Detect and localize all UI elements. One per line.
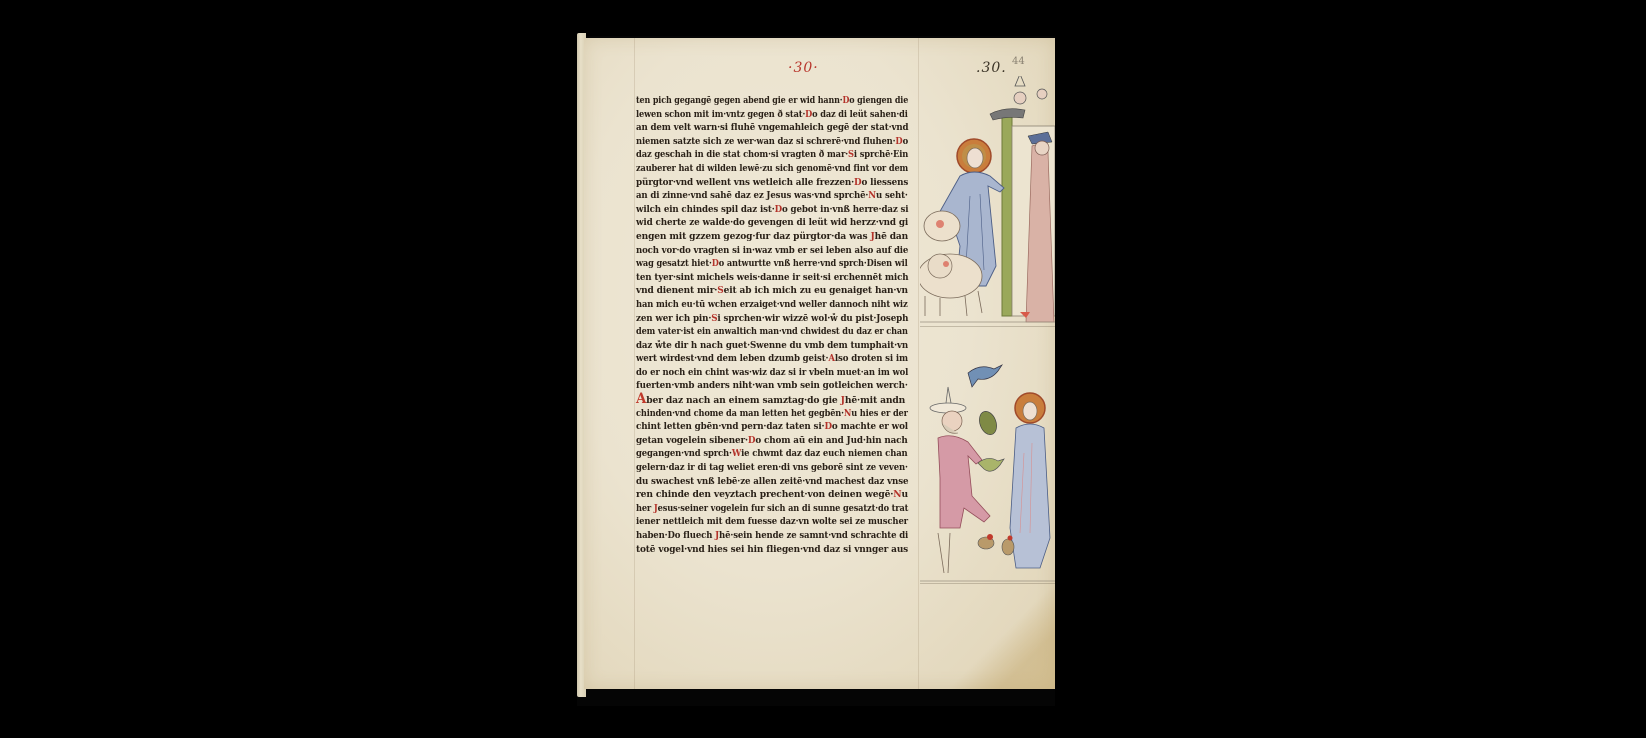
text-line: chint letten gbēn·vnd pern·daz taten si·… bbox=[636, 420, 896, 434]
rubricated-word: D bbox=[712, 258, 719, 269]
text-line: an di zinne·vnd sahē daz ez Jesus was·vn… bbox=[636, 189, 891, 203]
text-line: du swachest vnß lebē·ze allen zeitē·vnd … bbox=[636, 475, 894, 489]
ruling-line bbox=[634, 38, 635, 689]
text-line: Aber daz nach an einem samztag·do gie Jh… bbox=[636, 393, 908, 407]
folio-number-ink: .30. bbox=[976, 60, 1007, 76]
text-line: niemen satzte sich ze wer·wan daz si sch… bbox=[636, 135, 885, 149]
illustration-christ-with-birds bbox=[920, 333, 1055, 584]
rubricated-word: D bbox=[748, 435, 755, 446]
illustration-christ-with-lions bbox=[920, 76, 1055, 327]
text-line: iener nettleich mit dem fuesse daz·vn wo… bbox=[636, 515, 887, 529]
rubricated-word: N bbox=[893, 489, 901, 500]
text-line: getan vogelein sibener·Do chom aū ein an… bbox=[636, 434, 897, 448]
document-viewer: ·30· .30. 44 ten pich gegangē gegen aben… bbox=[0, 0, 1646, 738]
manuscript-page: ·30· .30. 44 ten pich gegangē gegen aben… bbox=[584, 38, 1055, 689]
text-line: her Jesus·seiner vogelein fur sich an di… bbox=[636, 502, 880, 516]
rubricated-word: J bbox=[654, 503, 658, 514]
text-line: do er noch ein chint was·wiz daz si ir v… bbox=[636, 366, 888, 380]
rubricated-word: S bbox=[848, 149, 854, 160]
text-line: han mich eu·tū wchen erzaiget·vnd weller… bbox=[636, 298, 884, 312]
rubricated-word: D bbox=[842, 95, 849, 106]
rubricated-word: D bbox=[824, 421, 831, 432]
text-line: wert wirdest·vnd dem leben dzumb geist·A… bbox=[636, 352, 891, 366]
text-line: an dem velt warn·si fluhē vngemahleich g… bbox=[636, 121, 893, 135]
rubricated-initial: A bbox=[636, 391, 646, 407]
rubricated-word: D bbox=[805, 109, 812, 120]
text-line: totē vogel·vnd hies sei hin fliegen·vnd … bbox=[636, 543, 901, 557]
rubricated-word: J bbox=[715, 530, 719, 541]
text-line: vnd dienent mir·Seit ab ich mich zu eu g… bbox=[636, 284, 903, 298]
rubricated-word: D bbox=[775, 204, 782, 215]
rubricated-word: D bbox=[854, 177, 861, 188]
text-line: noch vor·do vragten si in·waz vmb er sei… bbox=[636, 244, 890, 258]
text-line: ren chinde den veyztach prechent·von dei… bbox=[636, 488, 907, 502]
text-line: gelern·daz ir di tag weliet eren·di vns … bbox=[636, 461, 888, 475]
text-line: fuerten·vmb anders niht·wan vmb sein got… bbox=[636, 379, 896, 393]
text-line: daz ẘte dir h nach guet·Swenne du vmb de… bbox=[636, 339, 894, 353]
folio-number-red: ·30· bbox=[788, 60, 819, 76]
rubricated-word: S bbox=[711, 313, 717, 324]
text-line: wilch ein chindes spil daz ist·Do gebot … bbox=[636, 203, 894, 217]
rubricated-word: W bbox=[732, 448, 741, 459]
text-line: dem vater·ist ein anwaltich man·vnd chwi… bbox=[636, 325, 878, 339]
text-line: chinden·vnd chome da man letten het gegb… bbox=[636, 407, 880, 421]
rubricated-word: D bbox=[895, 136, 902, 147]
text-line: zauberer hat di wilden lewē·zu sich geno… bbox=[636, 162, 880, 176]
text-line: engen mit gzzem gezog·fur daz pürgtor·da… bbox=[636, 230, 905, 244]
rubricated-word: A bbox=[828, 353, 835, 364]
text-line: pürgtor·vnd wellent vns wetleich alle fr… bbox=[636, 176, 897, 190]
rubricated-word: N bbox=[868, 190, 876, 201]
folio-pencil-mark: 44 bbox=[1012, 56, 1025, 67]
text-line: wid cherte ze walde·do gevengen di leüt … bbox=[636, 216, 897, 230]
text-line: daz geschah in die stat chom·si vragten … bbox=[636, 148, 884, 162]
text-line: ten pich gegangē gegen abend gie er wid … bbox=[636, 94, 873, 108]
rubricated-word: J bbox=[841, 395, 845, 406]
text-line: zen wer ich pin·Si sprchen·wir wizzē wol… bbox=[636, 312, 895, 326]
text-line: lewen schon mit im·vntz gegen ð stat·Do … bbox=[636, 108, 880, 122]
rubricated-word: S bbox=[717, 285, 723, 296]
rubricated-word: J bbox=[871, 231, 875, 242]
rubricated-word: N bbox=[844, 408, 851, 419]
text-line: haben·Do fluech Jhē·sein hende ze samnt·… bbox=[636, 529, 889, 543]
text-line: gegangen·vnd sprch·Wie chwmt daz daz euc… bbox=[636, 447, 887, 461]
text-line: wag gesatzt hiet·Do antwurtte vnß herre·… bbox=[636, 257, 880, 271]
text-line: ten tyer·sint michels weis·danne ir seit… bbox=[636, 271, 894, 285]
text-column: ten pich gegangē gegen abend gie er wid … bbox=[636, 94, 921, 556]
